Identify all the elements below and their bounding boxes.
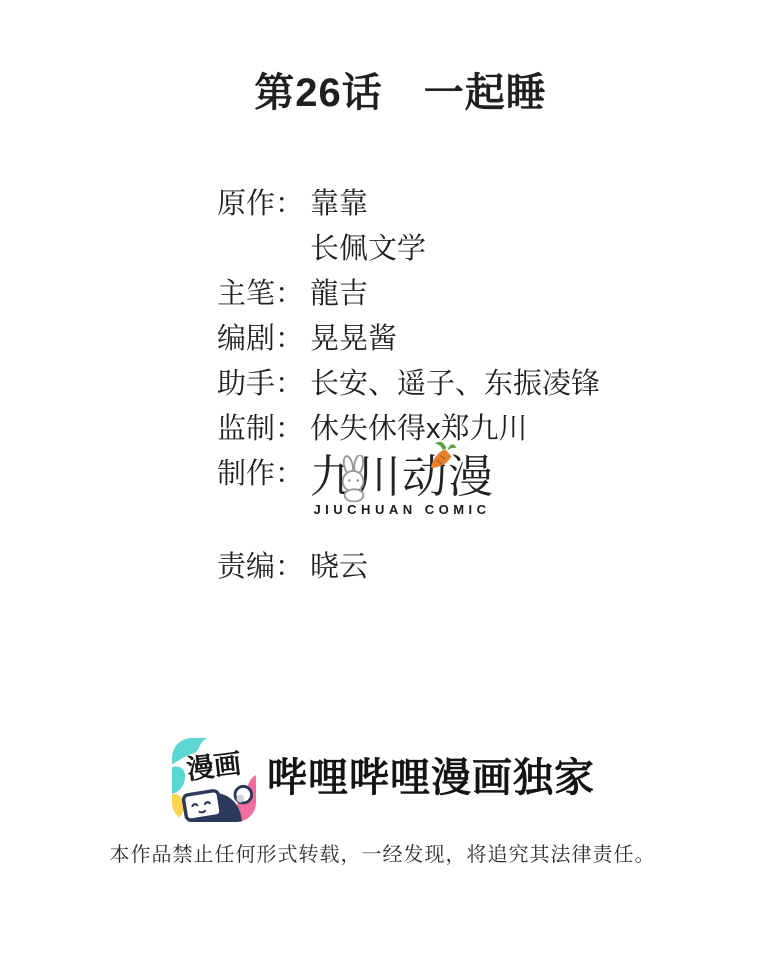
credit-label: 责编： (217, 545, 310, 590)
carrot-icon (427, 438, 458, 473)
credit-row-editor: 责编： 晓云 (217, 545, 600, 590)
credit-row-original-work: 原作： 靠靠 (217, 182, 600, 227)
credit-label (217, 227, 310, 272)
credit-label: 助手： (217, 362, 310, 407)
credit-label: 监制： (217, 407, 310, 452)
chapter-title: 第26话 一起睡 (0, 70, 765, 116)
studio-logo-subtitle: JIUCHUAN COMIC (310, 502, 494, 517)
tv-face-icon (183, 790, 222, 821)
credit-row-original-publisher: 长佩文学 (217, 227, 600, 272)
credit-value: 休失休得x郑九川 (310, 407, 528, 452)
bilibili-manga-app-icon: 漫画 (172, 738, 256, 822)
bunny-icon (337, 455, 371, 502)
credit-label: 编剧： (217, 317, 310, 362)
credit-value: 长安、遥子、东振凌锋 (310, 362, 600, 407)
credit-value: 靠靠 (310, 182, 368, 227)
credit-value: 龍吉 (310, 272, 368, 317)
credit-row-assistants: 助手： 长安、遥子、东振凌锋 (217, 362, 600, 407)
credits-block: 原作： 靠靠 长佩文学 主笔： 龍吉 编剧： 晃晃酱 助手： 长安、遥子、东振凌… (217, 182, 600, 590)
credit-value: 晃晃酱 (310, 317, 397, 362)
credit-row-production: 制作： 九川动漫 JIUCHUAN COMIC (217, 452, 600, 540)
credit-row-lead-artist: 主笔： 龍吉 (217, 272, 600, 317)
credit-value: 长佩文学 (310, 227, 426, 272)
brand-exclusive-text: 哔哩哔哩漫画独家 (267, 752, 595, 804)
credit-row-screenwriter: 编剧： 晃晃酱 (217, 317, 600, 362)
app-icon-label: 漫画 (185, 748, 243, 785)
credit-label: 原作： (217, 182, 310, 227)
jiuchuan-comic-logo: 九川动漫 JIUCHUAN COMIC (310, 452, 494, 517)
credit-value: 晓云 (310, 545, 368, 590)
credit-label: 制作： (217, 452, 310, 497)
comic-credits-page: 第26话 一起睡 原作： 靠靠 长佩文学 主笔： 龍吉 编剧： 晃晃酱 助手： … (0, 0, 765, 975)
credit-label: 主笔： (217, 272, 310, 317)
credit-row-supervisor: 监制： 休失休得x郑九川 (217, 407, 600, 452)
copyright-disclaimer: 本作品禁止任何形式转载，一经发现，将追究其法律责任。 (0, 842, 765, 868)
